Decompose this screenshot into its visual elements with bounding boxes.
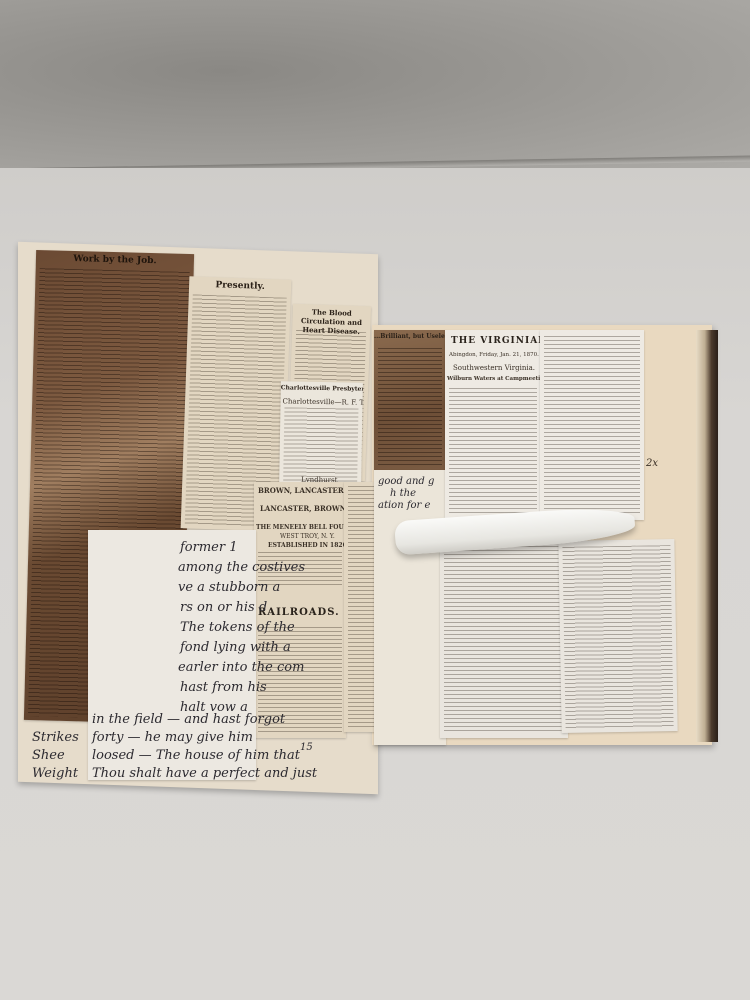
newspaper-masthead: THE VIRGINIAN. [451,336,541,346]
handwritten-line: h the [390,488,416,499]
clipping-headline: Work by the Job. [36,253,194,267]
ad-brown-lancaster: BROWN, LANCASTER & CO. [258,486,346,495]
clipping-advertisements: BROWN, LANCASTER & CO. LANCASTER, BROWN … [254,482,346,738]
clipping-the-virginian: THE VIRGINIAN. Abingdon, Friday, Jan. 21… [445,330,541,520]
article-headline: Wilburn Waters at Campmeeting. [447,376,541,382]
clipping-continuation [540,330,644,520]
clipping-headline: Charlottesville Presbytery [281,384,363,392]
book-cover-edge [696,330,718,742]
handwritten-line: good and g [378,476,434,487]
clipping-lower-left [440,540,568,738]
handwritten-line: ve a stubborn a [178,580,280,595]
clipping-lower-right [558,539,677,733]
background-wall [0,0,750,178]
handwritten-line: ation for e [378,500,430,511]
ad-meneely-bell: THE MENEELY BELL FOUNDRY [256,524,346,531]
margin-word: Shee [32,748,65,763]
handwritten-line: earler into the com [178,660,304,675]
newspaper-section: Southwestern Virginia. [453,364,535,372]
clipping-headline: ...Brilliant, but Useless. [374,333,446,340]
handwritten-line: forty — he may give him [92,730,253,745]
clipping-charlottesville-list: Charlottesville Presbytery Charlottesvil… [279,381,363,487]
ad-west-troy: WEST TROY, N. Y. [280,533,335,540]
handwritten-line: rs on or his d [180,600,267,615]
handwritten-line: The tokens of the [180,620,295,635]
clipping-headline: Presently. [189,279,291,293]
page-number: 15 [300,742,313,753]
margin-note: 2x [646,458,658,469]
handwritten-slip: good and g h the ation for e [374,470,446,745]
handwritten-line: loosed — The house of him that [92,748,300,763]
handwritten-line: Thou shalt have a perfect and just [92,766,317,781]
handwritten-line: former 1 [180,540,238,555]
list-line: Charlottesville—R. F. Taylor [283,397,363,407]
clipping-brilliant-but-useless: ...Brilliant, but Useless. [374,330,446,470]
handwritten-line: hast from his [180,680,267,695]
ad-established: ESTABLISHED IN 1826. [268,542,346,549]
handwritten-line: in the field — and hast forgot [92,712,285,727]
margin-word: Weight [32,766,78,781]
newspaper-dateline: Abingdon, Friday, Jan. 21, 1870. [449,352,539,358]
margin-word: Strikes [32,730,79,745]
handwritten-line: among the costives [178,560,305,575]
railroads-heading: RAILROADS. [258,607,340,618]
handwritten-line: fond lying with a [180,640,291,655]
ad-lancaster-brown: LANCASTER, BROWN & CO. [260,504,346,513]
